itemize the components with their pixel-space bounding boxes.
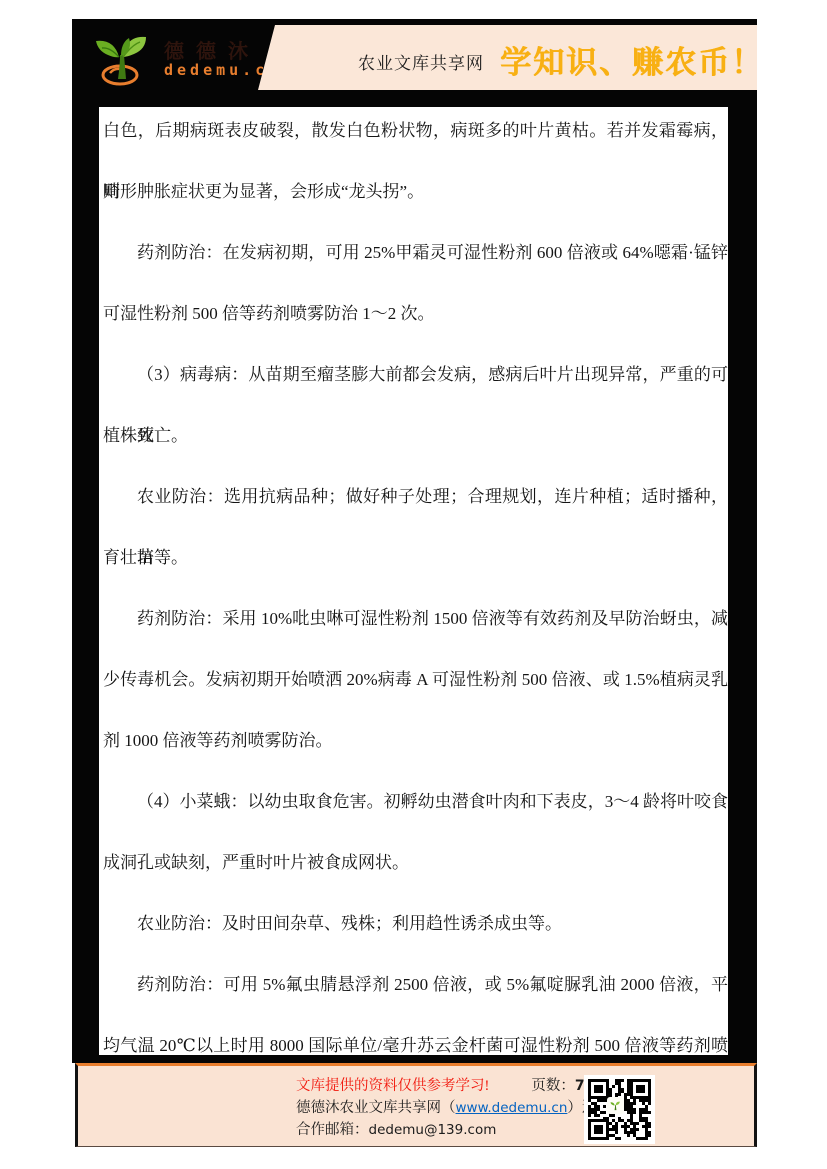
qr-code — [584, 1075, 655, 1144]
text-line: 农业防治：及时田间杂草、残株；利用趋性诱杀成虫等。 — [103, 893, 728, 954]
text-line: 育壮苗等。 — [103, 527, 728, 588]
document-body: 白色，后期病斑表皮破裂，散发白色粉状物，病斑多的叶片黄枯。若并发霜霉病，则畸形肿… — [103, 100, 728, 1076]
dedemu-link[interactable]: www.dedemu.cn — [456, 1100, 568, 1116]
text-line: 少传毒机会。发病初期开始喷洒 20%病毒 A 可湿性粉剂 500 倍液、或 1.… — [103, 649, 728, 710]
text-line: 农业防治：选用抗病品种；做好种子处理；合理规划，连片种植；适时播种，培 — [103, 466, 728, 527]
text-line: （4）小菜蛾：以幼虫取食危害。初孵幼虫潜食叶肉和下表皮，3～4 龄将叶咬食 — [103, 771, 728, 832]
qr-center-logo-icon — [607, 1097, 624, 1114]
text-line: 成洞孔或缺刻，严重时叶片被食成网状。 — [103, 832, 728, 893]
site-slogan: 学知识、赚农币！ — [500, 37, 764, 82]
page-count-label: 页数： — [531, 1078, 575, 1094]
text-line: 白色，后期病斑表皮破裂，散发白色粉状物，病斑多的叶片黄枯。若并发霜霉病，则 — [103, 100, 728, 161]
text-line: 药剂防治：可用 5%氟虫腈悬浮剂 2500 倍液，或 5%氟啶脲乳油 2000 … — [103, 954, 728, 1015]
email-label: 合作邮箱： — [296, 1122, 369, 1138]
email-value: dedemu@139.com — [369, 1122, 497, 1138]
text-line: 剂 1000 倍液等药剂喷雾防治。 — [103, 710, 728, 771]
text-line: 药剂防治：采用 10%吡虫啉可湿性粉剂 1500 倍液等有效药剂及早防治蚜虫，减 — [103, 588, 728, 649]
text-line: 可湿性粉剂 500 倍等药剂喷雾防治 1～2 次。 — [103, 283, 728, 344]
site-name: 农业文库共享网 — [358, 49, 484, 74]
text-line: （3）病毒病：从苗期至瘤茎膨大前都会发病，感病后叶片出现异常，严重的可致 — [103, 344, 728, 405]
logo-chinese-text: 德德沐 — [164, 35, 260, 64]
text-line: 畸形肿胀症状更为显著，会形成“龙头拐”。 — [103, 161, 728, 222]
text-line: 植株死亡。 — [103, 405, 728, 466]
plant-logo-icon — [88, 27, 158, 89]
document-page: 德德沐 dedemu.cn 农业文库共享网 学知识、赚农币！ 白色，后期病斑表皮… — [0, 0, 827, 1169]
invite-text-prefix: 德德沐农业文库共享网（ — [296, 1100, 456, 1116]
page-footer: 文库提供的资料仅供参考学习!页数：7 / 14 德德沐农业文库共享网（www.d… — [75, 1063, 757, 1147]
footer-notice: 文库提供的资料仅供参考学习! — [296, 1078, 489, 1094]
text-line: 药剂防治：在发病初期，可用 25%甲霜灵可湿性粉剂 600 倍液或 64%噁霜·… — [103, 222, 728, 283]
header-banner: 农业文库共享网 学知识、赚农币！ — [258, 25, 757, 90]
